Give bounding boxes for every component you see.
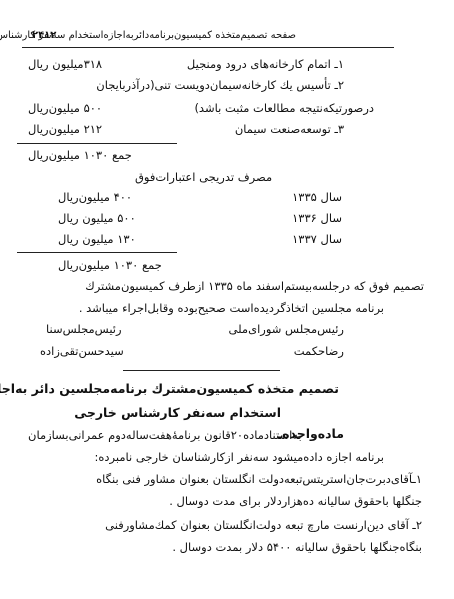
budget-item-amount: ۳۱۸میلیون ریال [28,57,102,71]
decision-line: تصمیم فوق که درجلسه‌بیستم‌اسفند ماه ۱۳۳۵… [85,279,424,293]
section-title: تصمیم متخذه کمیسیون‌مشترك برنامه‌مجلسین … [0,381,339,396]
schedule-year: سال ۱۳۳۷ [292,232,342,246]
signature-name: سیدحسن‌تقی‌زاده [40,344,124,358]
budget-item-label: ۲ـ تأسیس یك کارخانه‌سیمان‌دویست تنی(درآذ… [96,78,344,92]
schedule-amount: ۵۰۰ میلیون ریال [58,211,136,225]
budget-item-label: درصورتیکه‌نتیجه مطالعات مثبت باشد) [194,101,374,115]
schedule-amount: ۱۳۰ میلیون ریال [58,232,136,246]
budget-item-label: ۳ـ توسعه‌صنعت سیمان [235,122,344,136]
section-title: استخدام سه‌نفر کارشناس خارجی [74,405,281,420]
article-line: به‌استنادماده‌۲۰قانون برنامۀهفت‌ساله‌دوم… [28,428,302,442]
document-page: صفحه تصمیم‌متخذه کمیسیون‌برنامه‌دائربه‌ا… [0,0,454,599]
decision-line: برنامه مجلسین اتخاذگردیده‌است صحیح‌بوده … [79,301,384,315]
signature-name: رضاحکمت [294,344,344,358]
article-line: جنگلها باحقوق سالیانه ده‌هزاردلار برای م… [169,494,422,508]
schedule-rule [17,252,177,253]
article-line: ۱ـآقای‌دبرت‌جان‌استریتس‌تبعه‌دولت انگلست… [96,472,422,486]
budget-item-amount: ۵۰۰ میلیون‌ریال [28,101,102,115]
schedule-year: سال ۱۳۳۵ [292,190,342,204]
signature-title: رئیس‌مجلس‌سنا [46,322,122,336]
budget-item-label: ۱ـ اتمام کارخانه‌های درود ومنجیل [187,57,344,71]
budget-item-amount: ۲۱۲ میلیون‌ریال [28,122,102,136]
page-number: ۲۴۱۲ [32,30,56,41]
schedule-year: سال ۱۳۳۶ [292,211,342,225]
schedule-amount: ۴۰۰ میلیون‌ریال [58,190,132,204]
article-line: برنامه اجازه داده‌میشود سه‌نفر ازکارشناس… [94,450,384,464]
section-divider [123,370,280,371]
header-rule [22,47,394,48]
subtotal-rule [17,143,177,144]
signature-title: رئیس‌مجلس شورای‌ملی [229,322,344,336]
total-1: جمع ۱۰۳۰ میلیون‌ریال [28,148,132,162]
total-2: جمع ۱۰۳۰ میلیون‌ریال [58,258,162,272]
article-line: ۲ـ آقای دین‌ارنست مارچ تبعه دولت‌انگلستا… [105,518,422,532]
schedule-title: مصرف تدریجی اعتبارات‌فوق [135,170,272,184]
article-line: بنگاه‌جنگلها باحقوق سالیانه ۵۴۰۰ دلار بم… [172,540,422,554]
